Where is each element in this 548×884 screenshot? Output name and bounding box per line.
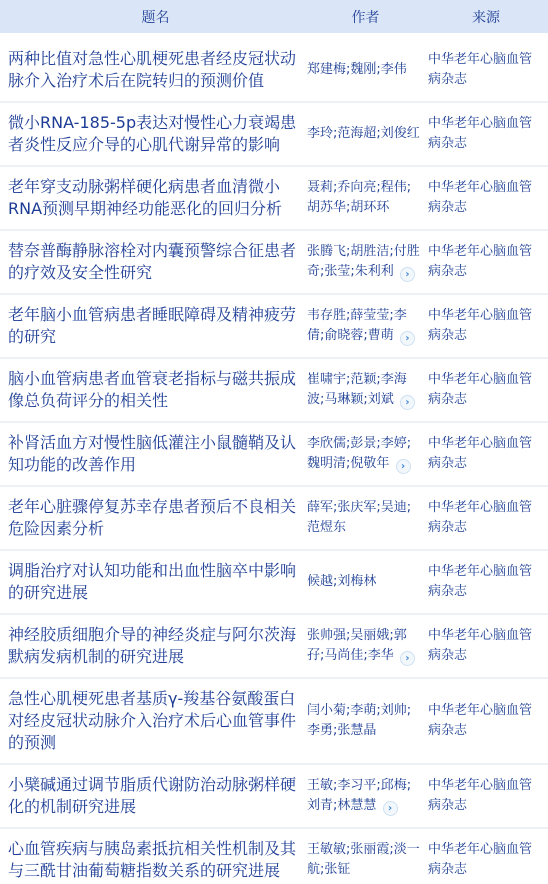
paper-title[interactable]: 老年心脏骤停复苏幸存患者预后不良相关危险因素分析	[8, 496, 303, 540]
paper-source: 中华老年心脑血管病杂志	[428, 562, 544, 602]
table-row[interactable]: 微小RNA-185-5p表达对慢性心力衰竭患者炎性反应介导的心肌代谢异常的影响 …	[0, 101, 548, 165]
paper-list-page: 题名 作者 来源 两种比值对急性心肌梗死患者经皮冠状动脉介入治疗术后在院转归的预…	[0, 0, 548, 884]
authors-text: 闫小菊;李萌;刘帅;李勇;张慧晶	[307, 703, 411, 738]
table-row[interactable]: 心血管疾病与胰岛素抵抗相关性机制及其与三酰甘油葡萄糖指数关系的研究进展 王敏敏;…	[0, 827, 548, 884]
paper-authors: 张帅强;吴丽娥;郭孖;马尚佳;李华 ›	[307, 626, 424, 666]
authors-text: 王敏敏;张丽霞;淡一航;张钲	[307, 842, 420, 877]
authors-text: 聂莉;乔向亮;程伟;胡苏华;胡环环	[307, 180, 411, 215]
header-source-column: 来源	[428, 7, 544, 27]
table-row[interactable]: 老年脑小血管病患者睡眠障碍及精神疲劳的研究 韦存胜;薛莹莹;李倩;俞晓蓉;曹萌 …	[0, 293, 548, 357]
authors-text: 张帅强;吴丽娥;郭孖;马尚佳;李华	[307, 628, 407, 663]
header-title-column: 题名	[8, 7, 303, 27]
paper-authors: 崔啸宇;范颖;李海波;马琳颖;刘斌 ›	[307, 370, 424, 410]
paper-authors: 李欣儒;彭景;李婷;魏明清;倪敬年 ›	[307, 434, 424, 474]
paper-title[interactable]: 小檗碱通过调节脂质代谢防治动脉粥样硬化的机制研究进展	[8, 774, 303, 818]
expand-authors-icon[interactable]: ›	[400, 395, 415, 410]
table-row[interactable]: 脑小血管病患者血管衰老指标与磁共振成像总负荷评分的相关性 崔啸宇;范颖;李海波;…	[0, 357, 548, 421]
paper-authors: 候越;刘梅林	[307, 572, 424, 592]
expand-authors-icon[interactable]: ›	[396, 459, 411, 474]
authors-text: 李玲;范海超;刘俊红	[307, 126, 420, 141]
paper-title[interactable]: 老年穿支动脉粥样硬化病患者血清微小RNA预测早期神经功能恶化的回归分析	[8, 176, 303, 220]
expand-authors-icon[interactable]: ›	[400, 267, 415, 282]
paper-source: 中华老年心脑血管病杂志	[428, 114, 544, 154]
paper-authors: 王敏;李习平;邱梅;刘青;林慧慧 ›	[307, 776, 424, 816]
header-authors-column: 作者	[307, 7, 424, 27]
paper-authors: 张腾飞;胡胜洁;付胜奇;张莹;朱利利 ›	[307, 242, 424, 282]
paper-title[interactable]: 急性心肌梗死患者基质γ-羧基谷氨酸蛋白对经皮冠状动脉介入治疗术后心血管事件的预测	[8, 688, 303, 754]
paper-table: 两种比值对急性心肌梗死患者经皮冠状动脉介入治疗术后在院转归的预测价值 郑建梅;魏…	[0, 39, 548, 884]
paper-source: 中华老年心脑血管病杂志	[428, 701, 544, 741]
paper-authors: 聂莉;乔向亮;程伟;胡苏华;胡环环	[307, 178, 424, 218]
table-header: 题名 作者 来源	[0, 0, 548, 33]
paper-title[interactable]: 补肾活血方对慢性脑低灌注小鼠髓鞘及认知功能的改善作用	[8, 432, 303, 476]
authors-text: 崔啸宇;范颖;李海波;马琳颖;刘斌	[307, 372, 407, 407]
table-row[interactable]: 急性心肌梗死患者基质γ-羧基谷氨酸蛋白对经皮冠状动脉介入治疗术后心血管事件的预测…	[0, 677, 548, 763]
expand-authors-icon[interactable]: ›	[400, 651, 415, 666]
table-row[interactable]: 神经胶质细胞介导的神经炎症与阿尔茨海默病发病机制的研究进展 张帅强;吴丽娥;郭孖…	[0, 613, 548, 677]
paper-source: 中华老年心脑血管病杂志	[428, 306, 544, 346]
authors-text: 韦存胜;薛莹莹;李倩;俞晓蓉;曹萌	[307, 308, 407, 343]
paper-source: 中华老年心脑血管病杂志	[428, 626, 544, 666]
paper-title[interactable]: 调脂治疗对认知功能和出血性脑卒中影响的研究进展	[8, 560, 303, 604]
paper-title[interactable]: 神经胶质细胞介导的神经炎症与阿尔茨海默病发病机制的研究进展	[8, 624, 303, 668]
paper-source: 中华老年心脑血管病杂志	[428, 242, 544, 282]
expand-authors-icon[interactable]: ›	[400, 331, 415, 346]
paper-authors: 郑建梅;魏刚;李伟	[307, 60, 424, 80]
paper-source: 中华老年心脑血管病杂志	[428, 50, 544, 90]
table-row[interactable]: 小檗碱通过调节脂质代谢防治动脉粥样硬化的机制研究进展 王敏;李习平;邱梅;刘青;…	[0, 763, 548, 827]
paper-title[interactable]: 微小RNA-185-5p表达对慢性心力衰竭患者炎性反应介导的心肌代谢异常的影响	[8, 112, 303, 156]
paper-title[interactable]: 脑小血管病患者血管衰老指标与磁共振成像总负荷评分的相关性	[8, 368, 303, 412]
paper-source: 中华老年心脑血管病杂志	[428, 776, 544, 816]
paper-authors: 薛军;张庆军;吴迪;范煜东	[307, 498, 424, 538]
table-row[interactable]: 两种比值对急性心肌梗死患者经皮冠状动脉介入治疗术后在院转归的预测价值 郑建梅;魏…	[0, 39, 548, 101]
paper-title[interactable]: 替奈普酶静脉溶栓对内囊预警综合征患者的疗效及安全性研究	[8, 240, 303, 284]
paper-authors: 韦存胜;薛莹莹;李倩;俞晓蓉;曹萌 ›	[307, 306, 424, 346]
paper-title[interactable]: 心血管疾病与胰岛素抵抗相关性机制及其与三酰甘油葡萄糖指数关系的研究进展	[8, 838, 303, 882]
authors-text: 候越;刘梅林	[307, 574, 376, 589]
authors-text: 薛军;张庆军;吴迪;范煜东	[307, 500, 411, 535]
paper-authors: 闫小菊;李萌;刘帅;李勇;张慧晶	[307, 701, 424, 741]
paper-title[interactable]: 老年脑小血管病患者睡眠障碍及精神疲劳的研究	[8, 304, 303, 348]
table-row[interactable]: 调脂治疗对认知功能和出血性脑卒中影响的研究进展 候越;刘梅林 中华老年心脑血管病…	[0, 549, 548, 613]
paper-source: 中华老年心脑血管病杂志	[428, 178, 544, 218]
table-row[interactable]: 补肾活血方对慢性脑低灌注小鼠髓鞘及认知功能的改善作用 李欣儒;彭景;李婷;魏明清…	[0, 421, 548, 485]
paper-authors: 王敏敏;张丽霞;淡一航;张钲	[307, 840, 424, 880]
table-row[interactable]: 老年穿支动脉粥样硬化病患者血清微小RNA预测早期神经功能恶化的回归分析 聂莉;乔…	[0, 165, 548, 229]
table-row[interactable]: 老年心脏骤停复苏幸存患者预后不良相关危险因素分析 薛军;张庆军;吴迪;范煜东 中…	[0, 485, 548, 549]
paper-source: 中华老年心脑血管病杂志	[428, 840, 544, 880]
paper-authors: 李玲;范海超;刘俊红	[307, 124, 424, 144]
authors-text: 郑建梅;魏刚;李伟	[307, 62, 407, 77]
paper-source: 中华老年心脑血管病杂志	[428, 370, 544, 410]
paper-source: 中华老年心脑血管病杂志	[428, 498, 544, 538]
expand-authors-icon[interactable]: ›	[383, 801, 398, 816]
paper-source: 中华老年心脑血管病杂志	[428, 434, 544, 474]
table-row[interactable]: 替奈普酶静脉溶栓对内囊预警综合征患者的疗效及安全性研究 张腾飞;胡胜洁;付胜奇;…	[0, 229, 548, 293]
paper-title[interactable]: 两种比值对急性心肌梗死患者经皮冠状动脉介入治疗术后在院转归的预测价值	[8, 48, 303, 92]
